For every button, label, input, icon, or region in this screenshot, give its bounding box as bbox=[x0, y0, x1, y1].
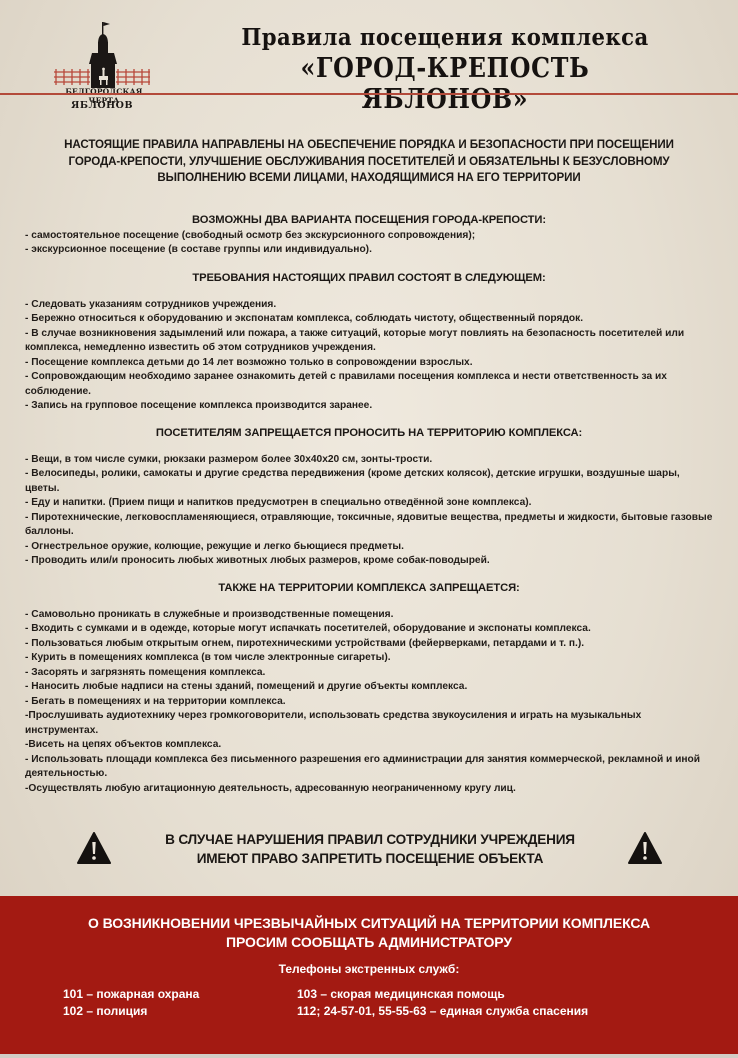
visit-options-list: - самостоятельное посещение (свободный о… bbox=[25, 229, 715, 258]
list-item: - Запись на групповое посещение комплекс… bbox=[25, 399, 715, 414]
list-item: - Сопровождающим необходимо заранее озна… bbox=[25, 370, 715, 399]
warning-triangle-icon bbox=[628, 832, 662, 864]
prohibited-actions-list: - Самовольно проникать в служебные и про… bbox=[25, 608, 715, 797]
list-item: - Посещение комплекса детьми до 14 лет в… bbox=[25, 356, 715, 371]
phone-police: 102 – полиция bbox=[63, 1004, 147, 1018]
emergency-notice: О ВОЗНИКНОВЕНИИ ЧРЕЗВЫЧАЙНЫХ СИТУАЦИЙ НА… bbox=[0, 914, 738, 952]
list-item: - Засорять и загрязнять помещения компле… bbox=[25, 666, 715, 681]
page-title: Правила посещения комплекса bbox=[206, 24, 684, 51]
section-heading-visit-options: ВОЗМОЖНЫ ДВА ВАРИАНТА ПОСЕЩЕНИЯ ГОРОДА-К… bbox=[20, 214, 718, 226]
list-item: - Бегать в помещениях и на территории ко… bbox=[25, 695, 715, 710]
list-item: - Пользоваться любым открытым огнем, пир… bbox=[25, 637, 715, 652]
page-subtitle: «ГОРОД-КРЕПОСТЬ ЯБЛОНОВ» bbox=[216, 53, 674, 115]
logo: БЕЛГОРОДСКАЯ ЧЕРТА ЯБЛОНОВ bbox=[52, 20, 152, 112]
list-item: - Вещи, в том числе сумки, рюкзаки разме… bbox=[25, 453, 715, 468]
list-item: - Огнестрельное оружие, колющие, режущие… bbox=[25, 540, 715, 555]
list-item: - Курить в помещениях комплекса (в том ч… bbox=[25, 651, 715, 666]
section-heading-prohibited-actions: ТАКЖЕ НА ТЕРРИТОРИИ КОМПЛЕКСА ЗАПРЕЩАЕТС… bbox=[20, 582, 718, 594]
list-item: - Входить с сумками и в одежде, которые … bbox=[25, 622, 715, 637]
list-item: - Самовольно проникать в служебные и про… bbox=[25, 608, 715, 623]
warning-text: В СЛУЧАЕ НАРУШЕНИЯ ПРАВИЛ СОТРУДНИКИ УЧР… bbox=[120, 830, 620, 868]
list-item: - Пиротехнические, легковоспламеняющиеся… bbox=[25, 511, 715, 540]
list-item: -Осуществлять любую агитационную деятель… bbox=[25, 782, 715, 797]
list-item: - Следовать указаниям сотрудников учрежд… bbox=[25, 298, 715, 313]
list-item: - В случае возникновения задымлений или … bbox=[25, 327, 715, 356]
emergency-notice-line1: О ВОЗНИКНОВЕНИИ ЧРЕЗВЫЧАЙНЫХ СИТУАЦИЙ НА… bbox=[0, 914, 738, 933]
header-divider bbox=[0, 93, 738, 95]
prohibited-items-list: - Вещи, в том числе сумки, рюкзаки разме… bbox=[25, 453, 715, 569]
emergency-footer: О ВОЗНИКНОВЕНИИ ЧРЕЗВЫЧАЙНЫХ СИТУАЦИЙ НА… bbox=[0, 896, 738, 1054]
phone-ambulance: 103 – скорая медицинская помощь bbox=[297, 987, 505, 1001]
list-item: - Велосипеды, ролики, самокаты и другие … bbox=[25, 467, 715, 496]
emergency-notice-line2: ПРОСИМ СООБЩАТЬ АДМИНИСТРАТОРУ bbox=[0, 933, 738, 952]
section-heading-prohibited-items: ПОСЕТИТЕЛЯМ ЗАПРЕЩАЕТСЯ ПРОНОСИТЬ НА ТЕР… bbox=[20, 427, 718, 439]
list-item: - Проводить или/и проносить любых животн… bbox=[25, 554, 715, 569]
list-item: - Бережно относиться к оборудованию и эк… bbox=[25, 312, 715, 327]
emergency-phones-title: Телефоны экстренных служб: bbox=[0, 962, 738, 976]
warning-line2: ИМЕЮТ ПРАВО ЗАПРЕТИТЬ ПОСЕЩЕНИЕ ОБЪЕКТА bbox=[120, 849, 620, 868]
rules-poster: БЕЛГОРОДСКАЯ ЧЕРТА ЯБЛОНОВ Правила посещ… bbox=[0, 0, 738, 1054]
list-item: - экскурсионное посещение (в составе гру… bbox=[25, 243, 715, 258]
phone-rescue: 112; 24-57-01, 55-55-63 – единая служба … bbox=[297, 1004, 588, 1018]
bottom-edge bbox=[0, 1054, 738, 1058]
warning-triangle-icon bbox=[77, 832, 111, 864]
warning-line1: В СЛУЧАЕ НАРУШЕНИЯ ПРАВИЛ СОТРУДНИКИ УЧР… bbox=[120, 830, 620, 849]
header: БЕЛГОРОДСКАЯ ЧЕРТА ЯБЛОНОВ Правила посещ… bbox=[0, 0, 738, 112]
requirements-list: - Следовать указаниям сотрудников учрежд… bbox=[25, 298, 715, 414]
fortress-tower-icon bbox=[52, 20, 156, 90]
list-item: - самостоятельное посещение (свободный о… bbox=[25, 229, 715, 244]
list-item: -Прослушивать аудиотехнику через громког… bbox=[25, 709, 715, 738]
list-item: - Наносить любые надписи на стены зданий… bbox=[25, 680, 715, 695]
list-item: - Использовать площади комплекса без пис… bbox=[25, 753, 715, 782]
section-heading-requirements: ТРЕБОВАНИЯ НАСТОЯЩИХ ПРАВИЛ СОСТОЯТ В СЛ… bbox=[20, 272, 718, 284]
logo-text-line2: ЯБЛОНОВ bbox=[52, 100, 152, 111]
intro-text: НАСТОЯЩИЕ ПРАВИЛА НАПРАВЛЕНЫ НА ОБЕСПЕЧЕ… bbox=[40, 137, 698, 187]
phone-fire: 101 – пожарная охрана bbox=[63, 987, 199, 1001]
list-item: -Висеть на цепях объектов комплекса. bbox=[25, 738, 715, 753]
violation-warning: В СЛУЧАЕ НАРУШЕНИЯ ПРАВИЛ СОТРУДНИКИ УЧР… bbox=[0, 818, 738, 878]
list-item: - Еду и напитки. (Прием пищи и напитков … bbox=[25, 496, 715, 511]
